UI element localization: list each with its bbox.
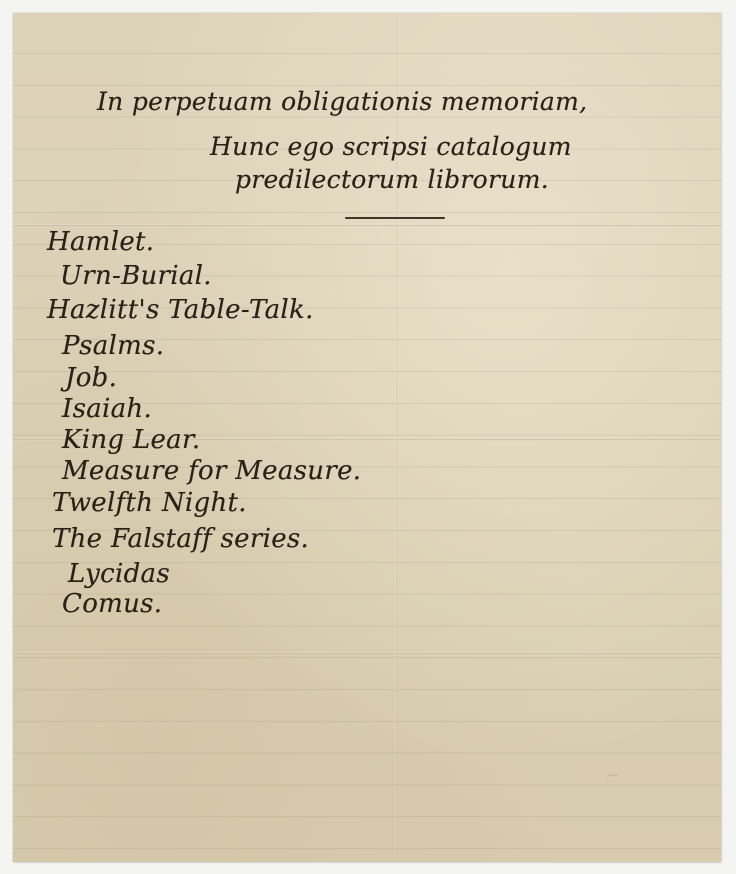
- list-item-hazlitt-table-talk: Hazlitt's Table-Talk.: [47, 295, 314, 325]
- manuscript-page: In perpetuam obligationis memoriam, Hunc…: [13, 13, 721, 862]
- list-item-king-lear: King Lear.: [62, 425, 200, 455]
- list-item-comus: Comus.: [62, 589, 162, 619]
- fold-crease: [13, 652, 721, 655]
- faint-pencil-marginalia: ~: [604, 764, 622, 787]
- list-item-job: Job.: [65, 363, 117, 393]
- list-item-falstaff-series: The Falstaff series.: [52, 524, 309, 554]
- heading-line-2: Hunc ego scripsi catalogum: [210, 132, 572, 161]
- list-item-lycidas: Lycidas: [68, 559, 170, 589]
- heading-line-3: predilectorum librorum.: [235, 165, 549, 194]
- heading-line-1: In perpetuam obligationis memoriam,: [97, 87, 587, 116]
- list-item-measure-for-measure: Measure for Measure.: [62, 456, 361, 486]
- heading-divider: [345, 217, 445, 219]
- list-item-twelfth-night: Twelfth Night.: [52, 488, 247, 518]
- list-item-psalms: Psalms.: [62, 331, 164, 361]
- list-item-urn-burial: Urn-Burial.: [60, 261, 212, 291]
- list-item-hamlet: Hamlet.: [47, 227, 154, 257]
- list-item-isaiah: Isaiah.: [62, 394, 152, 424]
